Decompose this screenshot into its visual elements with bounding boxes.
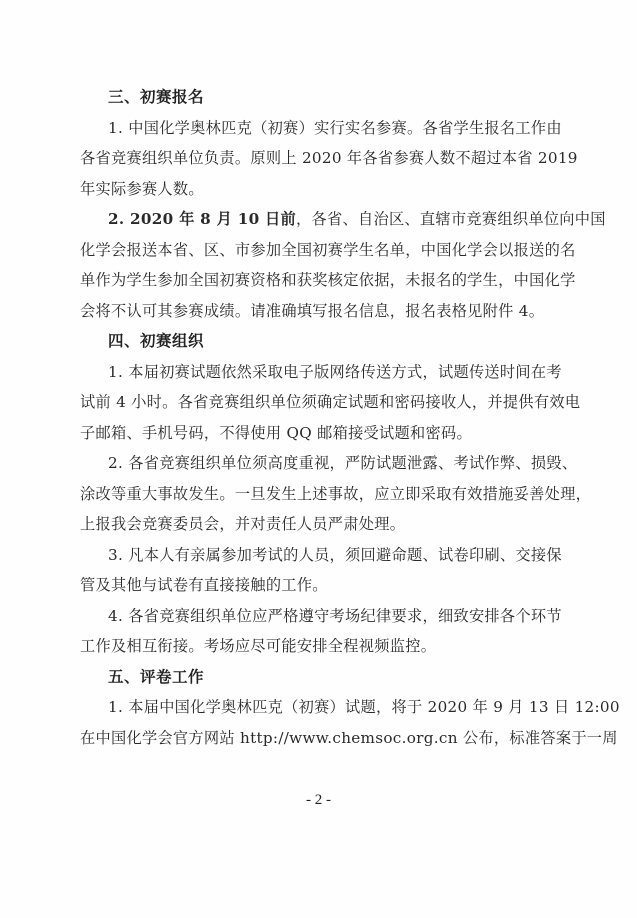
document-page: 三、初赛报名 1. 中国化学奥林匹克（初赛）实行实名参赛。各省学生报名工作由 各… [0, 0, 637, 918]
paragraph-line: 各省竞赛组织单位负责。原则上 2020 年各省参赛人数不超过本省 2019 [80, 143, 556, 174]
paragraph-line: 2. 2020 年 8 月 10 日前，各省、自治区、直辖市竞赛组织单位向中国 [80, 204, 556, 235]
section-heading-registration: 三、初赛报名 [80, 82, 556, 113]
paragraph-registration-1: 1. 中国化学奥林匹克（初赛）实行实名参赛。各省学生报名工作由 各省竞赛组织单位… [80, 113, 556, 205]
paragraph-organization-1: 1. 本届初赛试题依然采取电子版网络传送方式，试题传送时间在考 试前 4 小时。… [80, 357, 556, 449]
paragraph-line: 4. 各省竞赛组织单位应严格遵守考场纪律要求，细致安排各个环节 [80, 601, 556, 632]
document-body: 三、初赛报名 1. 中国化学奥林匹克（初赛）实行实名参赛。各省学生报名工作由 各… [80, 82, 556, 753]
paragraph-line: 单作为学生参加全国初赛资格和获奖核定依据，未报名的学生，中国化学 [80, 265, 556, 296]
paragraph-line: 化学会报送本省、区、市参加全国初赛学生名单，中国化学会以报送的名 [80, 235, 556, 266]
paragraph-line-rest: ，各省、自治区、直辖市竞赛组织单位向中国 [296, 210, 606, 228]
paragraph-line: 工作及相互衔接。考场应尽可能安排全程视频监控。 [80, 631, 556, 662]
section-heading-organization: 四、初赛组织 [80, 326, 556, 357]
paragraph-line: 年实际参赛人数。 [80, 174, 556, 205]
paragraph-line: 2. 各省竞赛组织单位须高度重视，严防试题泄露、考试作弊、损毁、 [80, 448, 556, 479]
paragraph-line: 1. 中国化学奥林匹克（初赛）实行实名参赛。各省学生报名工作由 [80, 113, 556, 144]
paragraph-line: 涂改等重大事故发生。一旦发生上述事故，应立即采取有效措施妥善处理， [80, 479, 556, 510]
paragraph-line: 1. 本届初赛试题依然采取电子版网络传送方式，试题传送时间在考 [80, 357, 556, 388]
paragraph-registration-2: 2. 2020 年 8 月 10 日前，各省、自治区、直辖市竞赛组织单位向中国 … [80, 204, 556, 326]
paragraph-line: 管及其他与试卷有直接接触的工作。 [80, 570, 556, 601]
paragraph-line: 会将不认可其参赛成绩。请准确填写报名信息，报名表格见附件 4。 [80, 296, 556, 327]
section-heading-grading: 五、评卷工作 [80, 662, 556, 693]
paragraph-line: 试前 4 小时。各省竞赛组织单位须确定试题和密码接收人，并提供有效电 [80, 387, 556, 418]
paragraph-grading-1: 1. 本届中国化学奥林匹克（初赛）试题，将于 2020 年 9 月 13 日 1… [80, 692, 556, 753]
paragraph-line: 3. 凡本人有亲属参加考试的人员，须回避命题、试卷印刷、交接保 [80, 540, 556, 571]
paragraph-organization-3: 3. 凡本人有亲属参加考试的人员，须回避命题、试卷印刷、交接保 管及其他与试卷有… [80, 540, 556, 601]
paragraph-line: 1. 本届中国化学奥林匹克（初赛）试题，将于 2020 年 9 月 13 日 1… [80, 692, 556, 723]
paragraph-organization-4: 4. 各省竞赛组织单位应严格遵守考场纪律要求，细致安排各个环节 工作及相互衔接。… [80, 601, 556, 662]
page-number: - 2 - [0, 792, 637, 809]
deadline-text: 2. 2020 年 8 月 10 日前 [108, 210, 296, 228]
paragraph-organization-2: 2. 各省竞赛组织单位须高度重视，严防试题泄露、考试作弊、损毁、 涂改等重大事故… [80, 448, 556, 540]
paragraph-line: 子邮箱、手机号码，不得使用 QQ 邮箱接受试题和密码。 [80, 418, 556, 449]
paragraph-line: 在中国化学会官方网站 http://www.chemsoc.org.cn 公布，… [80, 723, 556, 754]
paragraph-line: 上报我会竞赛委员会，并对责任人员严肃处理。 [80, 509, 556, 540]
